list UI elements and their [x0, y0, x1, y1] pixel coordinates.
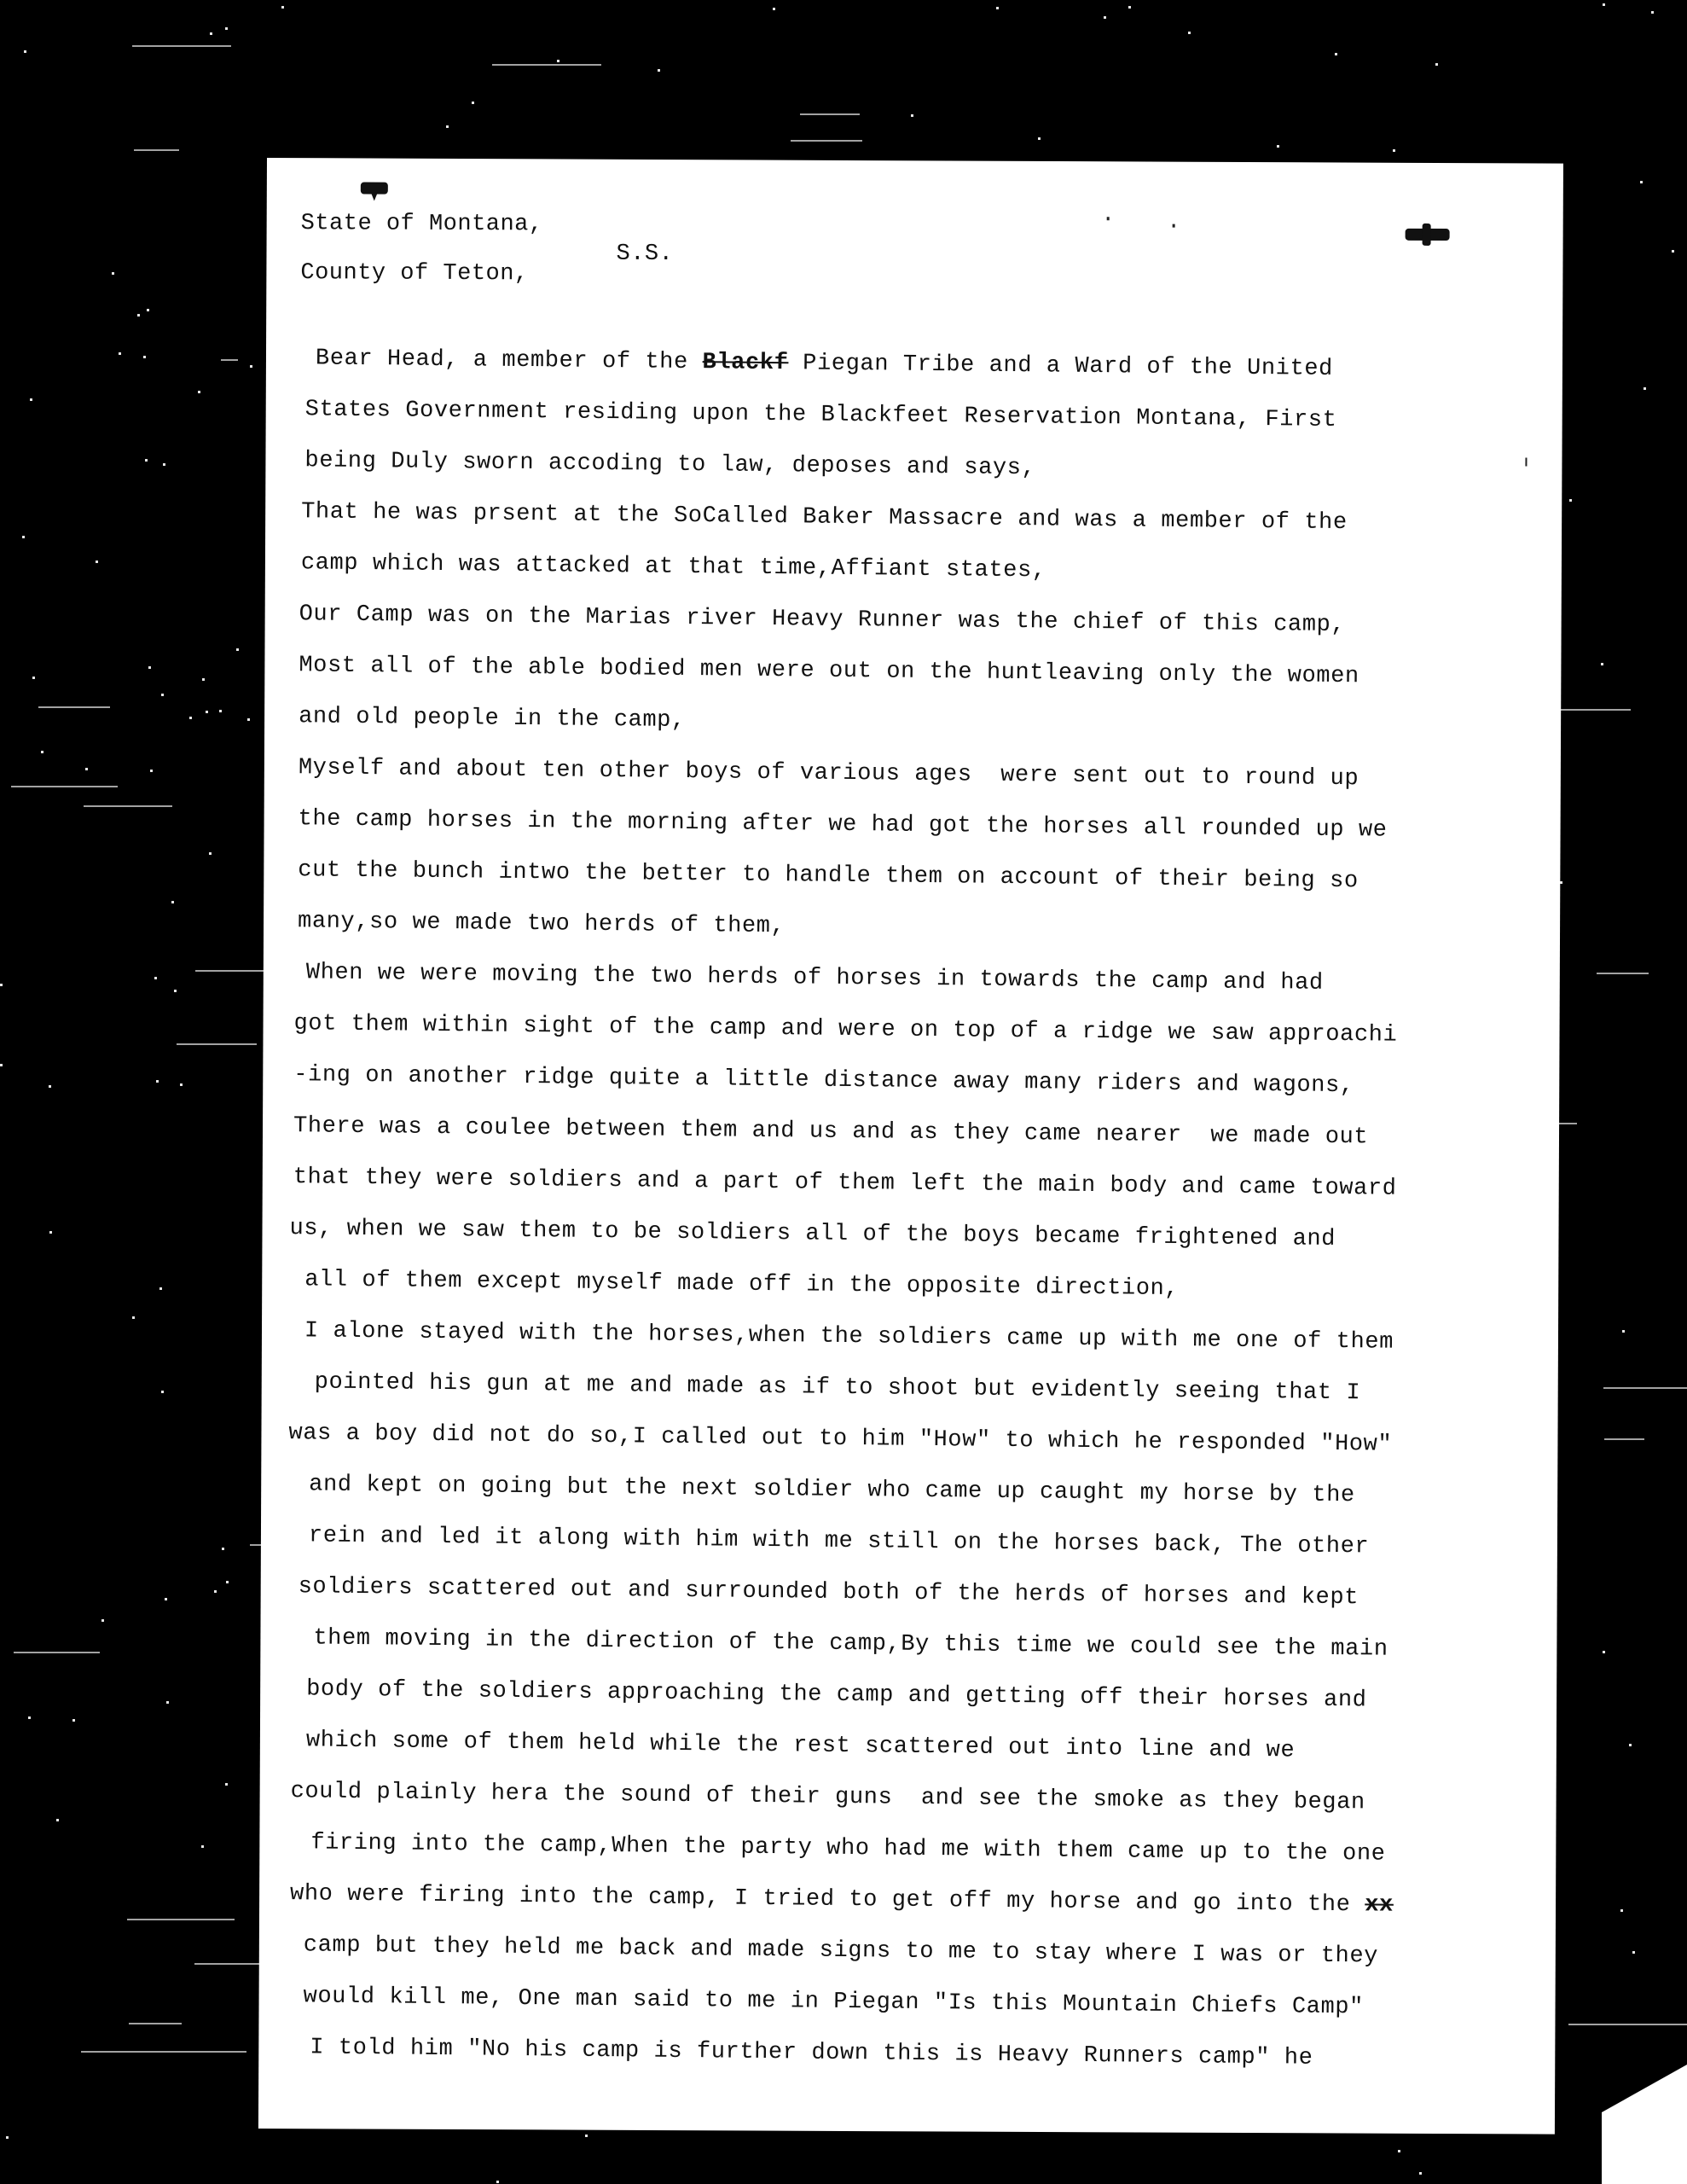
scan-streak [129, 2023, 182, 2024]
scan-speck [0, 984, 3, 986]
text-segment: them moving in the direction of the camp… [313, 1625, 1388, 1662]
scan-streak [1604, 1438, 1644, 1440]
text-segment: being Duly sworn accoding to law, depose… [304, 448, 1035, 481]
scan-speck [150, 770, 153, 772]
text-segment: which some of them held while the rest s… [306, 1728, 1296, 1763]
scan-speck [85, 768, 88, 770]
scan-speck [143, 356, 146, 358]
text-segment: rein and led it along with him with me s… [309, 1523, 1370, 1560]
scan-speck [159, 1287, 162, 1290]
scan-speck [1398, 2150, 1400, 2152]
paper-clip-mark-right [1406, 229, 1450, 241]
text-segment: I told him "No his camp is further down … [310, 2035, 1313, 2071]
torn-page-corner [1602, 2065, 1687, 2184]
scan-speck [202, 678, 205, 681]
affidavit-body: Bear Head, a member of the Blackf Piegan… [284, 333, 1554, 2078]
scan-streak [800, 113, 860, 115]
scan-speck [72, 1719, 75, 1722]
scan-speck [137, 314, 140, 317]
scan-speck [1629, 1744, 1632, 1746]
venue-ss: S.S. [616, 241, 673, 267]
scan-speck [773, 8, 775, 10]
text-segment: Our Camp was on the Marias river Heavy R… [299, 601, 1346, 638]
scan-streak [1603, 1387, 1687, 1389]
scan-speck [996, 7, 999, 9]
scan-streak [791, 140, 862, 142]
scan-speck [41, 751, 43, 753]
struck-text: xx [1365, 1892, 1394, 1918]
text-segment: Myself and about ten other boys of vario… [299, 755, 1359, 792]
text-segment: Most all of the able bodied men were out… [299, 653, 1359, 689]
scan-speck [189, 717, 192, 719]
scan-speck [496, 2181, 499, 2183]
scan-speck [206, 711, 208, 713]
scan-speck [101, 1619, 104, 1622]
scan-speck [1644, 387, 1646, 390]
scan-speck [658, 69, 660, 72]
scan-speck [22, 536, 25, 538]
stray-mark [1173, 224, 1175, 228]
scan-speck [6, 2136, 9, 2139]
scan-speck [446, 125, 449, 128]
scan-speck [1601, 663, 1603, 665]
scan-speck [585, 2135, 588, 2137]
text-segment: us, when we saw them to be soldiers all … [289, 1216, 1336, 1252]
paper-clip-mark-left [361, 182, 388, 194]
document-page: State of Montana, S.S. County of Teton, … [258, 158, 1563, 2135]
venue-state: State of Montana, [301, 211, 543, 237]
scan-speck [49, 1231, 52, 1234]
text-segment: camp which was attacked at that time,Aff… [301, 550, 1046, 584]
scan-streak [127, 1919, 235, 1920]
scan-speck [1104, 16, 1106, 19]
text-segment: that they were soldiers and a part of th… [293, 1165, 1397, 1202]
scan-streak [1568, 2024, 1687, 2025]
struck-text: Blackf [702, 350, 788, 376]
scan-speck [198, 391, 200, 393]
scan-speck [174, 990, 177, 992]
scan-speck [1335, 53, 1337, 55]
text-segment: firing into the camp,When the party who … [310, 1830, 1385, 1867]
scan-speck [222, 1548, 224, 1550]
scan-speck [165, 1598, 167, 1600]
scan-streak [11, 786, 118, 787]
text-segment: Piegan Tribe and a Ward of the United [788, 351, 1333, 382]
scan-speck [145, 459, 148, 462]
text-segment: all of them except myself made off in th… [304, 1267, 1179, 1302]
text-segment: -ing on another ridge quite a little dis… [293, 1062, 1354, 1099]
scan-speck [56, 1819, 59, 1821]
scan-speck [1640, 181, 1643, 183]
text-segment: would kill me, One man said to me in Pie… [303, 1984, 1364, 2020]
scan-speck [156, 1080, 159, 1083]
scan-streak [221, 359, 238, 361]
text-segment: many,so we made two herds of them, [298, 909, 786, 939]
text-segment: soldiers scattered out and surrounded bo… [299, 1574, 1359, 1611]
text-segment: When we were moving the two herds of hor… [306, 960, 1324, 996]
scan-streak [81, 2051, 246, 2053]
text-segment: I alone stayed with the horses,when the … [304, 1318, 1394, 1355]
text-segment: cut the bunch intwo the better to handle… [298, 857, 1359, 894]
scan-speck [147, 309, 149, 311]
text-segment: Bear Head, a member of the [316, 346, 703, 375]
text-segment: camp but they held me back and made sign… [304, 1932, 1378, 1969]
scan-speck [1435, 63, 1438, 66]
scan-streak [14, 1652, 100, 1653]
scan-speck [30, 398, 32, 401]
scan-speck [1603, 3, 1605, 6]
scan-speck [1188, 32, 1191, 34]
scan-speck [1603, 1651, 1605, 1653]
scan-speck [236, 648, 239, 651]
scan-speck [1277, 145, 1279, 148]
scan-streak [84, 805, 172, 807]
text-segment: and kept on going but the next soldier w… [309, 1472, 1355, 1508]
scan-speck [180, 1083, 183, 1086]
scan-streak [134, 149, 179, 151]
text-segment: States Government residing upon the Blac… [305, 397, 1337, 433]
scan-speck [1419, 2172, 1422, 2175]
scan-speck [163, 463, 165, 466]
scan-speck [0, 1064, 3, 1066]
scan-streak [1597, 973, 1649, 974]
text-segment: pointed his gun at me and made as if to … [315, 1369, 1361, 1406]
text-segment: got them within sight of the camp and we… [293, 1011, 1397, 1048]
text-segment: body of the soldiers approaching the cam… [306, 1676, 1367, 1713]
scan-speck [201, 1845, 204, 1848]
scan-speck [225, 1783, 228, 1786]
scan-speck [132, 1316, 135, 1319]
scan-speck [225, 27, 228, 30]
scan-speck [209, 852, 212, 855]
scan-speck [1393, 149, 1395, 152]
scan-speck [148, 666, 151, 669]
scan-speck [281, 6, 284, 9]
text-segment: could plainly hera the sound of their gu… [290, 1779, 1365, 1815]
scan-speck [1651, 11, 1654, 14]
scan-speck [210, 32, 212, 35]
scan-speck [1620, 1909, 1623, 1912]
scan-speck [1672, 250, 1674, 253]
scan-speck [49, 1085, 51, 1088]
scan-speck [171, 901, 174, 903]
scan-speck [112, 272, 114, 275]
stray-mark [1107, 217, 1110, 220]
scan-speck [226, 1581, 229, 1583]
scan-speck [1038, 137, 1041, 140]
scan-speck [219, 710, 222, 712]
scan-streak [177, 1043, 257, 1045]
scan-speck [250, 365, 252, 368]
text-segment: That he was prsent at the SoCalled Baker… [301, 499, 1348, 536]
scan-speck [119, 352, 121, 355]
scan-speck [1622, 1330, 1625, 1333]
scan-speck [161, 1391, 164, 1393]
scan-streak [132, 45, 231, 47]
scan-streak [38, 706, 110, 708]
scan-speck [24, 50, 26, 53]
scan-speck [166, 1701, 169, 1704]
venue-county: County of Teton, [300, 260, 528, 287]
scan-speck [1560, 881, 1562, 884]
scan-speck [154, 977, 157, 979]
text-segment: There was a coulee between them and us a… [293, 1113, 1368, 1150]
scan-speck [96, 561, 98, 563]
text-segment: was a boy did not do so,I called out to … [288, 1420, 1392, 1458]
text-segment: who were firing into the camp, I tried t… [290, 1881, 1365, 1918]
text-segment: and old people in the camp, [299, 704, 686, 734]
scan-speck [557, 60, 559, 62]
scan-speck [472, 102, 474, 104]
scan-speck [1569, 499, 1572, 502]
scan-streak [492, 64, 601, 66]
scan-speck [32, 677, 35, 679]
scan-speck [1128, 6, 1131, 9]
text-segment: the camp horses in the morning after we … [298, 806, 1387, 843]
scan-speck [1632, 1951, 1635, 1954]
scan-speck [161, 694, 164, 696]
scan-speck [28, 1716, 31, 1719]
scan-speck [214, 1590, 217, 1593]
scan-speck [247, 718, 250, 721]
scan-speck [911, 114, 913, 117]
